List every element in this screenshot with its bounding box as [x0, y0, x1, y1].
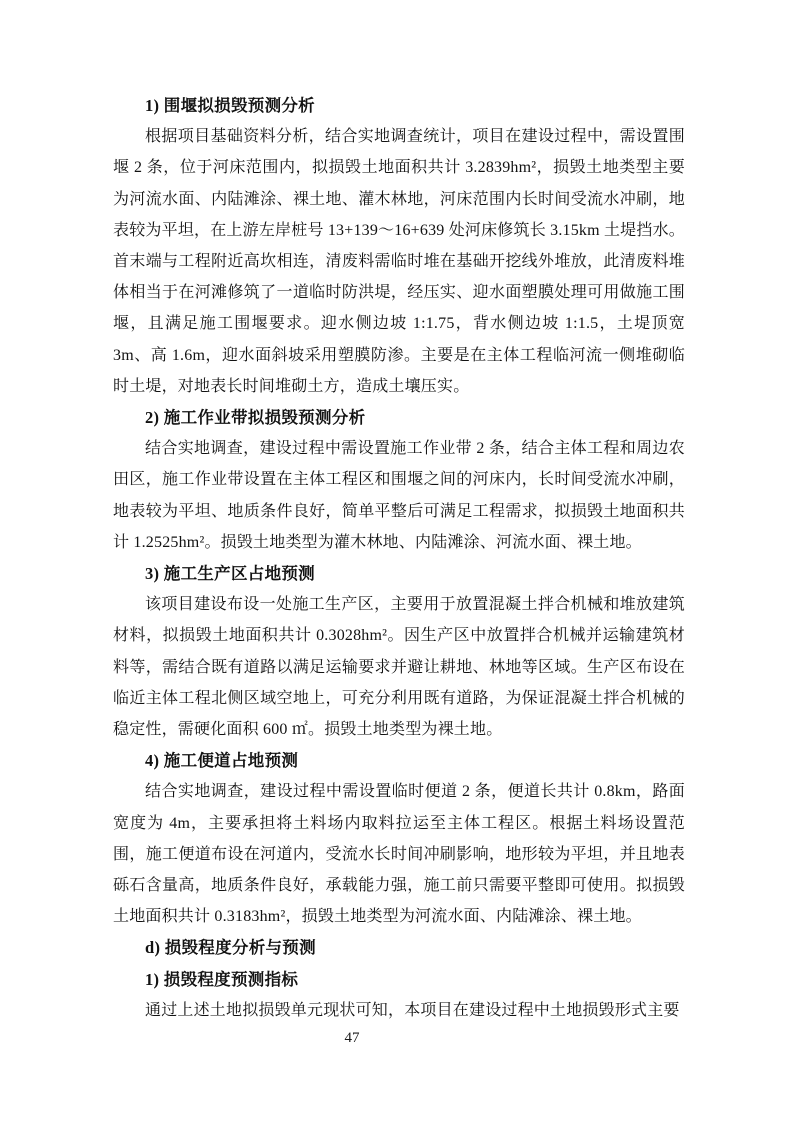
heading-access-road-land-prediction: 4) 施工便道占地预测 [113, 745, 685, 776]
heading-cofferdam-damage-prediction: 1) 围堰拟损毁预测分析 [113, 90, 685, 121]
paragraph-access-road-land-prediction: 结合实地调查，建设过程中需设置临时便道 2 条，便道长共计 0.8km，路面宽度… [113, 776, 685, 932]
heading-damage-degree-indicators: 1) 损毁程度预测指标 [113, 964, 685, 995]
paragraph-cofferdam-damage-prediction: 根据项目基础资料分析，结合实地调查统计，项目在建设过程中，需设置围堰 2 条，位… [113, 121, 685, 402]
paragraph-work-strip-damage-prediction: 结合实地调查，建设过程中需设置施工作业带 2 条，结合主体工程和周边农田区，施工… [113, 433, 685, 558]
paragraph-damage-degree-intro: 通过上述土地拟损毁单元现状可知，本项目在建设过程中土地损毁形式主要 [113, 995, 685, 1026]
heading-production-area-land-prediction: 3) 施工生产区占地预测 [113, 558, 685, 589]
document-body: 1) 围堰拟损毁预测分析 根据项目基础资料分析，结合实地调查统计，项目在建设过程… [113, 90, 685, 1026]
document-page: 1) 围堰拟损毁预测分析 根据项目基础资料分析，结合实地调查统计，项目在建设过程… [0, 0, 793, 1122]
page-number: 47 [345, 1026, 360, 1050]
heading-work-strip-damage-prediction: 2) 施工作业带拟损毁预测分析 [113, 402, 685, 433]
paragraph-production-area-land-prediction: 该项目建设布设一处施工生产区，主要用于放置混凝土拌合机械和堆放建筑材料，拟损毁土… [113, 589, 685, 745]
heading-damage-degree-analysis: d) 损毁程度分析与预测 [113, 932, 685, 963]
